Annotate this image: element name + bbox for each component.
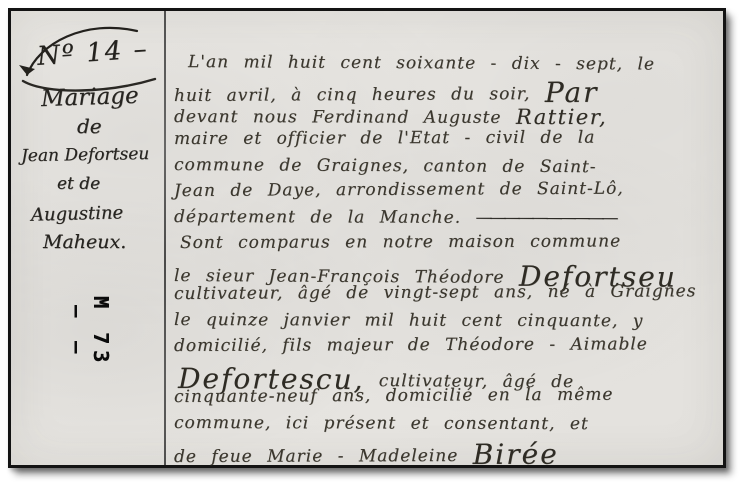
body-text-segment: huit avril, à cinq heures du soir, [174, 84, 545, 106]
body-line: le quinze janvier mil huit cent cinquant… [174, 310, 722, 337]
body-line: de feue Marie - Madeleine Birée [174, 437, 722, 465]
body-text-segment: cinquante-neuf ans, domicilié en la même [174, 385, 614, 407]
body-text-segment: commune, ici présent et consentant, et [174, 413, 589, 434]
emphasized-word: Birée [473, 438, 559, 471]
body-text-segment: commune de Graignes, canton de Saint- [174, 155, 597, 177]
margin-title-line: de [77, 114, 164, 139]
body-text-segment: cultivateur, âgé de vingt-sept ans, né à… [174, 281, 697, 304]
body-text-segment: le quinze janvier mil huit cent cinquant… [174, 310, 643, 331]
margin-title-line: Jean Defortseu [21, 142, 164, 169]
act-body-text: L'an mil huit cent soixante - dix - sept… [174, 52, 722, 465]
body-line: département de la Manche. —————————— [174, 207, 722, 234]
body-text-segment: Jean de Daye, arrondissement de Saint-Lô… [174, 179, 624, 201]
body-text-segment: Sont comparus en notre maison commune [180, 231, 621, 253]
body-text-segment: département de la Manche. [174, 207, 476, 228]
body-line: cultivateur, âgé de vingt-sept ans, né à… [174, 281, 722, 310]
body-line: Jean de Daye, arrondissement de Saint-Lô… [174, 178, 722, 207]
margin-title-line: Maheux. [43, 230, 164, 255]
body-line: Sont comparus en notre maison commune [174, 231, 722, 259]
body-line: huit avril, à cinq heures du soir, Par [174, 75, 722, 104]
emphasized-word: Rattier, [516, 104, 607, 128]
margin-title: MariagedeJean Defortseuet deAugustineMah… [19, 85, 164, 259]
body-text-segment: de feue Marie - Madeleine [174, 446, 473, 467]
body-text-segment: devant nous Ferdinand Auguste [174, 107, 516, 128]
margin-title-line: Augustine [31, 199, 165, 227]
scanned-marriage-record: Nº 14 – MariagedeJean Defortseuet deAugu… [8, 8, 726, 468]
body-line: commune, ici présent et consentant, et [174, 413, 722, 440]
emphasized-word: Par [545, 76, 599, 109]
margin-title-line: et de [57, 172, 164, 197]
body-text-segment: L'an mil huit cent soixante - dix - sept… [188, 52, 655, 74]
microfilm-stamp: M 73 – – [65, 282, 113, 382]
body-line: maire et officier de l'Etat - civil de l… [174, 127, 722, 155]
body-line: domicilié, fils majeur de Théodore - Aim… [174, 334, 722, 362]
margin-title-line: Mariage [41, 83, 165, 112]
body-text-segment: domicilié, fils majeur de Théodore - Aim… [174, 334, 648, 356]
emphasized-word: —————————— [475, 208, 615, 228]
body-line: cinquante-neuf ans, domicilié en la même [174, 384, 722, 413]
body-text-segment: maire et officier de l'Etat - civil de l… [174, 128, 595, 149]
